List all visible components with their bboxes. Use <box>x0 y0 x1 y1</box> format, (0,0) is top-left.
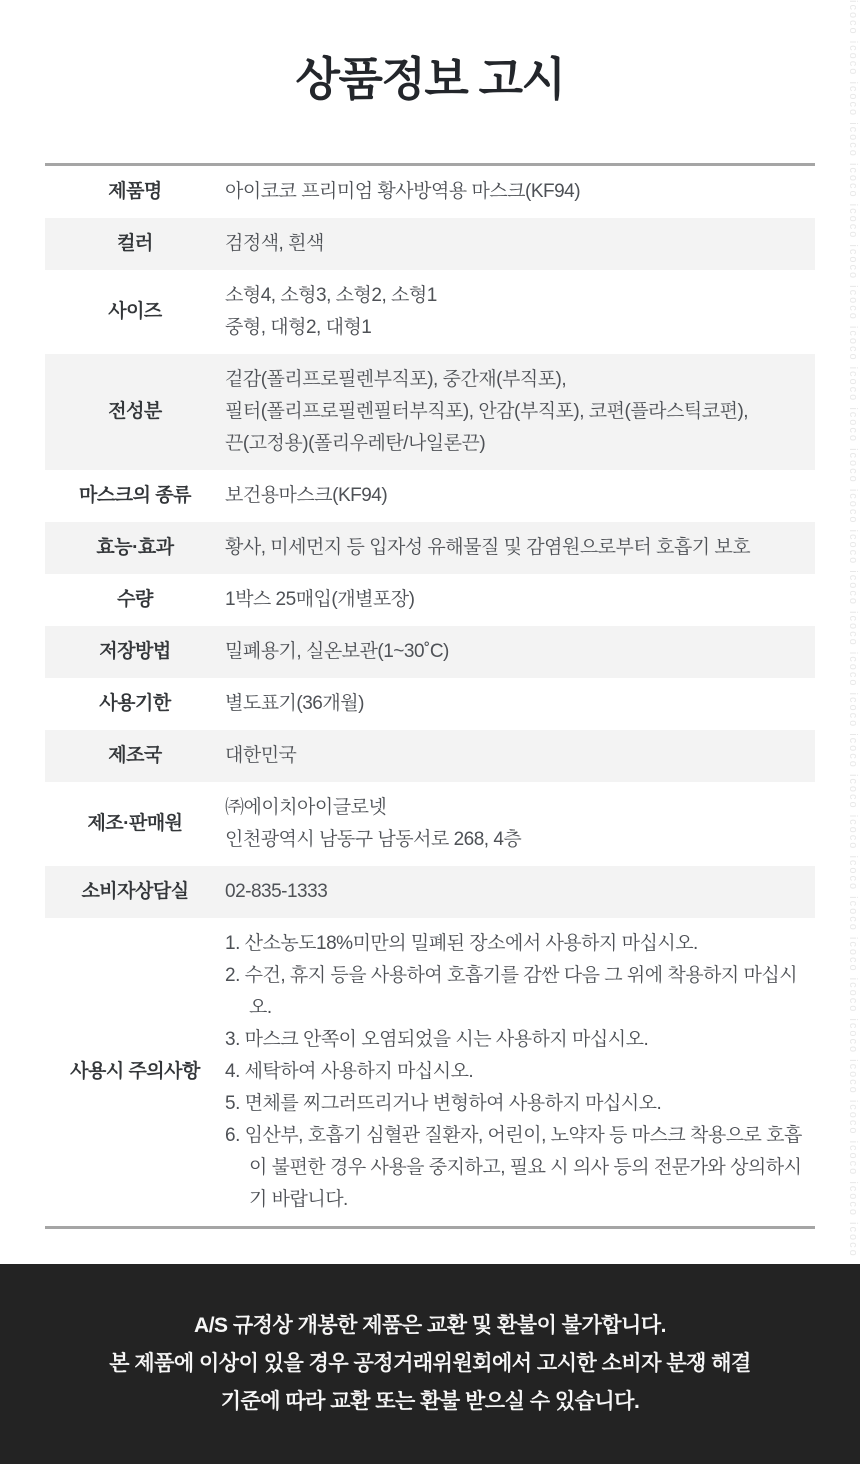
table-row: 제조국대한민국 <box>45 730 815 782</box>
page-title: 상품정보 고시 <box>0 52 860 107</box>
row-label: 수량 <box>45 586 225 614</box>
value-line: 보건용마스크(KF94) <box>225 480 805 512</box>
row-value: 밀폐용기, 실온보관(1~30˚C) <box>225 636 815 668</box>
table-row: 제품명아이코코 프리미엄 황사방역용 마스크(KF94) <box>45 166 815 218</box>
value-line: 별도표기(36개월) <box>225 688 805 720</box>
value-line: 중형, 대형2, 대형1 <box>225 312 805 344</box>
row-label: 컬러 <box>45 230 225 258</box>
row-value: 02-835-1333 <box>225 876 815 908</box>
row-label: 사용시 주의사항 <box>45 1058 225 1086</box>
value-line: 3. 마스크 안쪽이 오염되었을 시는 사용하지 마십시오. <box>225 1024 805 1056</box>
value-line: 대한민국 <box>225 740 805 772</box>
row-label: 전성분 <box>45 398 225 426</box>
row-value: 겉감(폴리프로필렌부직포), 중간재(부직포),필터(폴리프로필렌필터부직포),… <box>225 364 815 460</box>
value-line: 겉감(폴리프로필렌부직포), 중간재(부직포), <box>225 364 805 396</box>
row-value: 검정색, 흰색 <box>225 228 815 260</box>
table-row: 효능·효과황사, 미세먼지 등 입자성 유해물질 및 감염원으로부터 호흡기 보… <box>45 522 815 574</box>
table-row: 저장방법밀폐용기, 실온보관(1~30˚C) <box>45 626 815 678</box>
value-line: 1박스 25매입(개별포장) <box>225 584 805 616</box>
value-line: 끈(고정용)(폴리우레탄/나일론끈) <box>225 428 805 460</box>
product-info-table: 제품명아이코코 프리미엄 황사방역용 마스크(KF94)컬러검정색, 흰색사이즈… <box>45 163 815 1229</box>
footer-line: A/S 규정상 개봉한 제품은 교환 및 환불이 불가합니다. <box>194 1307 666 1345</box>
value-line: 필터(폴리프로필렌필터부직포), 안감(부직포), 코편(플라스틱코편), <box>225 396 805 428</box>
row-value: 1박스 25매입(개별포장) <box>225 584 815 616</box>
row-value: 별도표기(36개월) <box>225 688 815 720</box>
table-row: 사용시 주의사항1. 산소농도18%미만의 밀폐된 장소에서 사용하지 마십시오… <box>45 918 815 1226</box>
edge-watermark: icoco icoco icoco icoco icoco icoco icoc… <box>847 0 859 1260</box>
value-line: 밀폐용기, 실온보관(1~30˚C) <box>225 636 805 668</box>
table-row: 소비자상담실02-835-1333 <box>45 866 815 918</box>
table-row: 제조·판매원㈜에이치아이글로넷인천광역시 남동구 남동서로 268, 4층 <box>45 782 815 866</box>
row-value: 아이코코 프리미엄 황사방역용 마스크(KF94) <box>225 176 815 208</box>
value-line: 황사, 미세먼지 등 입자성 유해물질 및 감염원으로부터 호흡기 보호 <box>225 532 805 564</box>
value-line: 인천광역시 남동구 남동서로 268, 4층 <box>225 824 805 856</box>
value-line: 소형4, 소형3, 소형2, 소형1 <box>225 280 805 312</box>
row-value: 보건용마스크(KF94) <box>225 480 815 512</box>
value-line: ㈜에이치아이글로넷 <box>225 792 805 824</box>
row-value: 대한민국 <box>225 740 815 772</box>
table-row: 사용기한별도표기(36개월) <box>45 678 815 730</box>
row-value: 황사, 미세먼지 등 입자성 유해물질 및 감염원으로부터 호흡기 보호 <box>225 532 815 564</box>
row-label: 소비자상담실 <box>45 878 225 906</box>
value-line: 2. 수건, 휴지 등을 사용하여 호흡기를 감싼 다음 그 위에 착용하지 마… <box>225 960 805 1024</box>
value-line: 1. 산소농도18%미만의 밀폐된 장소에서 사용하지 마십시오. <box>225 928 805 960</box>
table-row: 전성분겉감(폴리프로필렌부직포), 중간재(부직포),필터(폴리프로필렌필터부직… <box>45 354 815 470</box>
row-label: 효능·효과 <box>45 534 225 562</box>
table-row: 사이즈소형4, 소형3, 소형2, 소형1중형, 대형2, 대형1 <box>45 270 815 354</box>
value-line: 02-835-1333 <box>225 876 805 908</box>
row-label: 사이즈 <box>45 298 225 326</box>
value-line: 5. 면체를 찌그러뜨리거나 변형하여 사용하지 마십시오. <box>225 1088 805 1120</box>
footer-notice: A/S 규정상 개봉한 제품은 교환 및 환불이 불가합니다. 본 제품에 이상… <box>0 1264 860 1464</box>
value-line: 4. 세탁하여 사용하지 마십시오. <box>225 1056 805 1088</box>
row-label: 마스크의 종류 <box>45 482 225 510</box>
row-label: 제조국 <box>45 742 225 770</box>
table-row: 수량1박스 25매입(개별포장) <box>45 574 815 626</box>
value-line: 검정색, 흰색 <box>225 228 805 260</box>
row-value: 1. 산소농도18%미만의 밀폐된 장소에서 사용하지 마십시오.2. 수건, … <box>225 928 815 1216</box>
row-label: 제품명 <box>45 178 225 206</box>
row-value: ㈜에이치아이글로넷인천광역시 남동구 남동서로 268, 4층 <box>225 792 815 856</box>
table-row: 컬러검정색, 흰색 <box>45 218 815 270</box>
footer-line: 본 제품에 이상이 있을 경우 공정거래위원회에서 고시한 소비자 분쟁 해결 <box>109 1345 751 1383</box>
footer-line: 기준에 따라 교환 또는 환불 받으실 수 있습니다. <box>221 1383 640 1421</box>
table-row: 마스크의 종류보건용마스크(KF94) <box>45 470 815 522</box>
row-label: 제조·판매원 <box>45 810 225 838</box>
value-line: 아이코코 프리미엄 황사방역용 마스크(KF94) <box>225 176 805 208</box>
row-label: 사용기한 <box>45 690 225 718</box>
row-label: 저장방법 <box>45 638 225 666</box>
value-line: 6. 임산부, 호흡기 심혈관 질환자, 어린이, 노약자 등 마스크 착용으로… <box>225 1120 805 1216</box>
row-value: 소형4, 소형3, 소형2, 소형1중형, 대형2, 대형1 <box>225 280 815 344</box>
